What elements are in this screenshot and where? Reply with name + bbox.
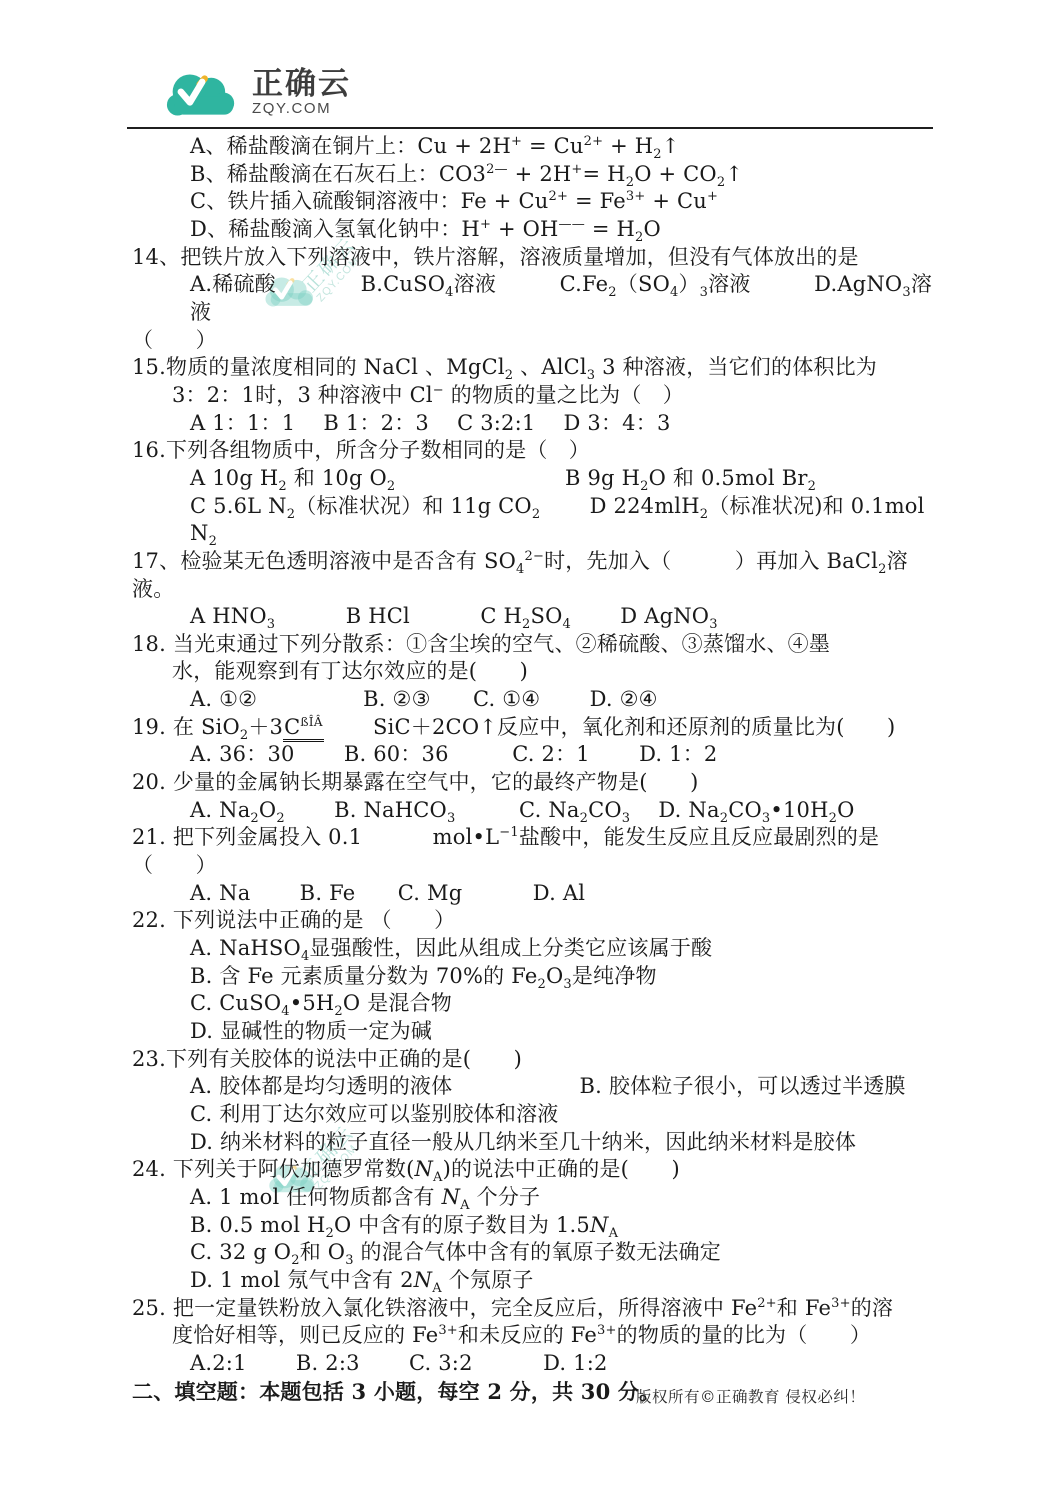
- text-line: 21. 把下列金属投入 0.1 mol•L−1盐酸中，能发生反应且反应最剧烈的是: [132, 824, 944, 852]
- text-line: C 5.6L N2（标准状况）和 11g CO2 D 224mlH2（标准状况)…: [132, 493, 944, 548]
- brand-name: 正确云: [252, 68, 351, 100]
- text-line: B. 0.5 mol H2O 中含有的原子数目为 1.5NA: [132, 1212, 944, 1240]
- text-line: D、稀盐酸滴入氢氧化钠中：H+ + OH—— = H2O: [132, 216, 944, 244]
- text-line: A.2:1 B. 2:3 C. 3:2 D. 1:2: [132, 1350, 944, 1378]
- text-line: A. Na B. Fe C. Mg D. Al: [132, 880, 944, 908]
- footer-copyright: 版权所有©正确教育 侵权必纠！: [636, 1385, 865, 1407]
- text-line: B、稀盐酸滴在石灰石上：CO32— + 2H+= H2O + CO2↑: [132, 161, 944, 189]
- text-line: 22. 下列说法中正确的是 （ ）: [132, 907, 944, 935]
- text-line: 水，能观察到有丁达尔效应的是( ): [132, 658, 944, 686]
- text-line: A. 36：30 B. 60：36 C. 2：1 D. 1：2: [132, 741, 944, 769]
- text-line: 20. 少量的金属钠长期暴露在空气中，它的最终产物是( ): [132, 769, 944, 797]
- header-divider: [127, 127, 933, 129]
- text-line: 3：2：1时，3 种溶液中 Cl− 的物质的量之比为（ ）: [132, 382, 944, 410]
- text-line: C. 利用丁达尔效应可以鉴别胶体和溶液: [132, 1101, 944, 1129]
- text-line: A.稀硫酸 B.CuSO4溶液 C.Fe2（SO4）3溶液 D.AgNO3溶液: [132, 271, 944, 326]
- text-line: 19. 在 SiO2＋3CßÎÂ SiC＋2CO↑反应中，氧化剂和还原剂的质量比…: [132, 714, 944, 742]
- text-line: D. 1 mol 氖气中含有 2NA 个氖原子: [132, 1267, 944, 1295]
- text-line: A HNO3 B HCl C H2SO4 D AgNO3: [132, 603, 944, 631]
- text-line: D. 纳米材料的粒子直径一般从几纳米至几十纳米，因此纳米材料是胶体: [132, 1129, 944, 1157]
- exam-body: A、稀盐酸滴在铜片上：Cu + 2H+ = Cu2+ + H2↑B、稀盐酸滴在石…: [132, 133, 944, 1405]
- text-line: （ ）: [132, 327, 944, 355]
- site-logo: 正确云 ZQY.COM: [162, 62, 351, 128]
- text-line: A. 胶体都是均匀透明的液体 B. 胶体粒子很小，可以透过半透膜: [132, 1073, 944, 1101]
- exam-page: { "logo": { "brand": "正确云", "domain": "Z…: [0, 0, 1058, 1497]
- text-line: A. NaHSO4显强酸性，因此从组成上分类它应该属于酸: [132, 935, 944, 963]
- text-line: A. ①② B. ②③ C. ①④ D. ②④: [132, 686, 944, 714]
- text-line: A. Na2O2 B. NaHCO3 C. Na2CO3 D. Na2CO3•1…: [132, 797, 944, 825]
- text-line: 24. 下列关于阿伏加德罗常数(NA)的说法中正确的是( ): [132, 1156, 944, 1184]
- text-line: A 1：1：1 B 1：2：3 C 3:2:1 D 3：4：3: [132, 410, 944, 438]
- text-line: 14、把铁片放入下列溶液中，铁片溶解，溶液质量增加，但没有气体放出的是: [132, 244, 944, 272]
- text-line: C. 32 g O2和 O3 的混合气体中含有的氧原子数无法确定: [132, 1239, 944, 1267]
- text-line: D. 显碱性的物质一定为碱: [132, 1018, 944, 1046]
- text-line: 16.下列各组物质中，所含分子数相同的是（ ）: [132, 437, 944, 465]
- text-line: C、铁片插入硫酸铜溶液中：Fe + Cu2+ = Fe3+ + Cu+: [132, 188, 944, 216]
- text-line: 度恰好相等，则已反应的 Fe3+和未反应的 Fe3+的物质的量的比为（ ）: [132, 1322, 944, 1350]
- text-line: A. 1 mol 任何物质都含有 NA 个分子: [132, 1184, 944, 1212]
- text-line: 18. 当光束通过下列分散系：①含尘埃的空气、②稀硫酸、③蒸馏水、④墨: [132, 631, 944, 659]
- text-line: B. 含 Fe 元素质量分数为 70%的 Fe2O3是纯净物: [132, 963, 944, 991]
- text-line: 17、检验某无色透明溶液中是否含有 SO42−时，先加入（ ）再加入 BaCl2…: [132, 548, 944, 576]
- text-line: 液。: [132, 576, 944, 604]
- brand-domain: ZQY.COM: [252, 100, 351, 118]
- text-line: A 10g H2 和 10g O2 B 9g H2O 和 0.5mol Br2: [132, 465, 944, 493]
- text-line: C. CuSO4•5H2O 是混合物: [132, 990, 944, 1018]
- text-line: 25. 把一定量铁粉放入氯化铁溶液中，完全反应后，所得溶液中 Fe2+和 Fe3…: [132, 1295, 944, 1323]
- text-line: （ ）: [132, 852, 944, 880]
- text-line: 23.下列有关胶体的说法中正确的是( ): [132, 1046, 944, 1074]
- text-line: A、稀盐酸滴在铜片上：Cu + 2H+ = Cu2+ + H2↑: [132, 133, 944, 161]
- check-cloud-icon: [162, 62, 244, 128]
- text-line: 15.物质的量浓度相同的 NaCl 、MgCl2 、AlCl3 3 种溶液，当它…: [132, 354, 944, 382]
